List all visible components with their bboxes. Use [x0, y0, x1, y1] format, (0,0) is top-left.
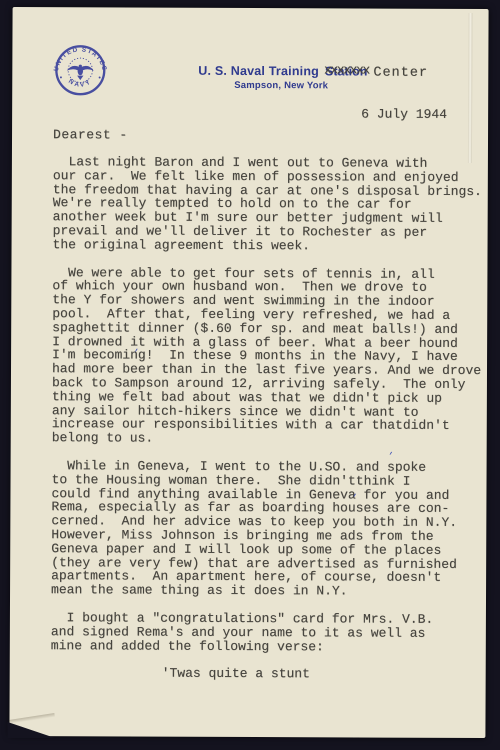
us-navy-seal: UNITED STATES NAVY — [53, 43, 107, 97]
pen-correction-mark: ˏ — [133, 335, 139, 350]
salutation: Dearest - — [53, 127, 128, 142]
pen-correction-mark: ˏ — [351, 480, 357, 495]
paragraph-2: We were able to get four sets of tennis … — [52, 266, 489, 447]
letter-paper: UNITED STATES NAVY U. S. Naval Training … — [9, 7, 488, 738]
paper-fold-edge — [9, 713, 55, 724]
eagle-icon — [67, 65, 94, 81]
typed-strikeout: xxxxxxx — [324, 62, 369, 77]
letter-body: Last night Baron and I went out to Genev… — [51, 155, 489, 696]
letterhead-org-prefix: U. S. Naval Training — [198, 64, 319, 79]
verse-line: 'Twas quite a stunt — [51, 666, 487, 682]
letterhead-struck-word: Station xxxxxxx — [325, 64, 367, 79]
letterhead-typed-correction: Center — [373, 66, 428, 81]
paper-crease — [468, 13, 473, 163]
letterhead-org-line: U. S. Naval Training Station xxxxxxx Cen… — [198, 64, 428, 81]
paragraph-4: I bought a "congratulations" card for Mr… — [51, 611, 487, 654]
paragraph-1: Last night Baron and I went out to Genev… — [53, 155, 489, 253]
photo-background: UNITED STATES NAVY U. S. Naval Training … — [0, 0, 500, 750]
date-line: 6 July 1944 — [361, 106, 447, 121]
paragraph-3: While in Geneva, I went to the U.SO. and… — [51, 459, 488, 599]
us-navy-seal-graphic: UNITED STATES NAVY — [53, 43, 107, 97]
pen-correction-mark: ˏ — [388, 438, 394, 453]
letterhead-location: Sampson, New York — [234, 80, 328, 91]
paper-fold-corner — [7, 722, 55, 738]
